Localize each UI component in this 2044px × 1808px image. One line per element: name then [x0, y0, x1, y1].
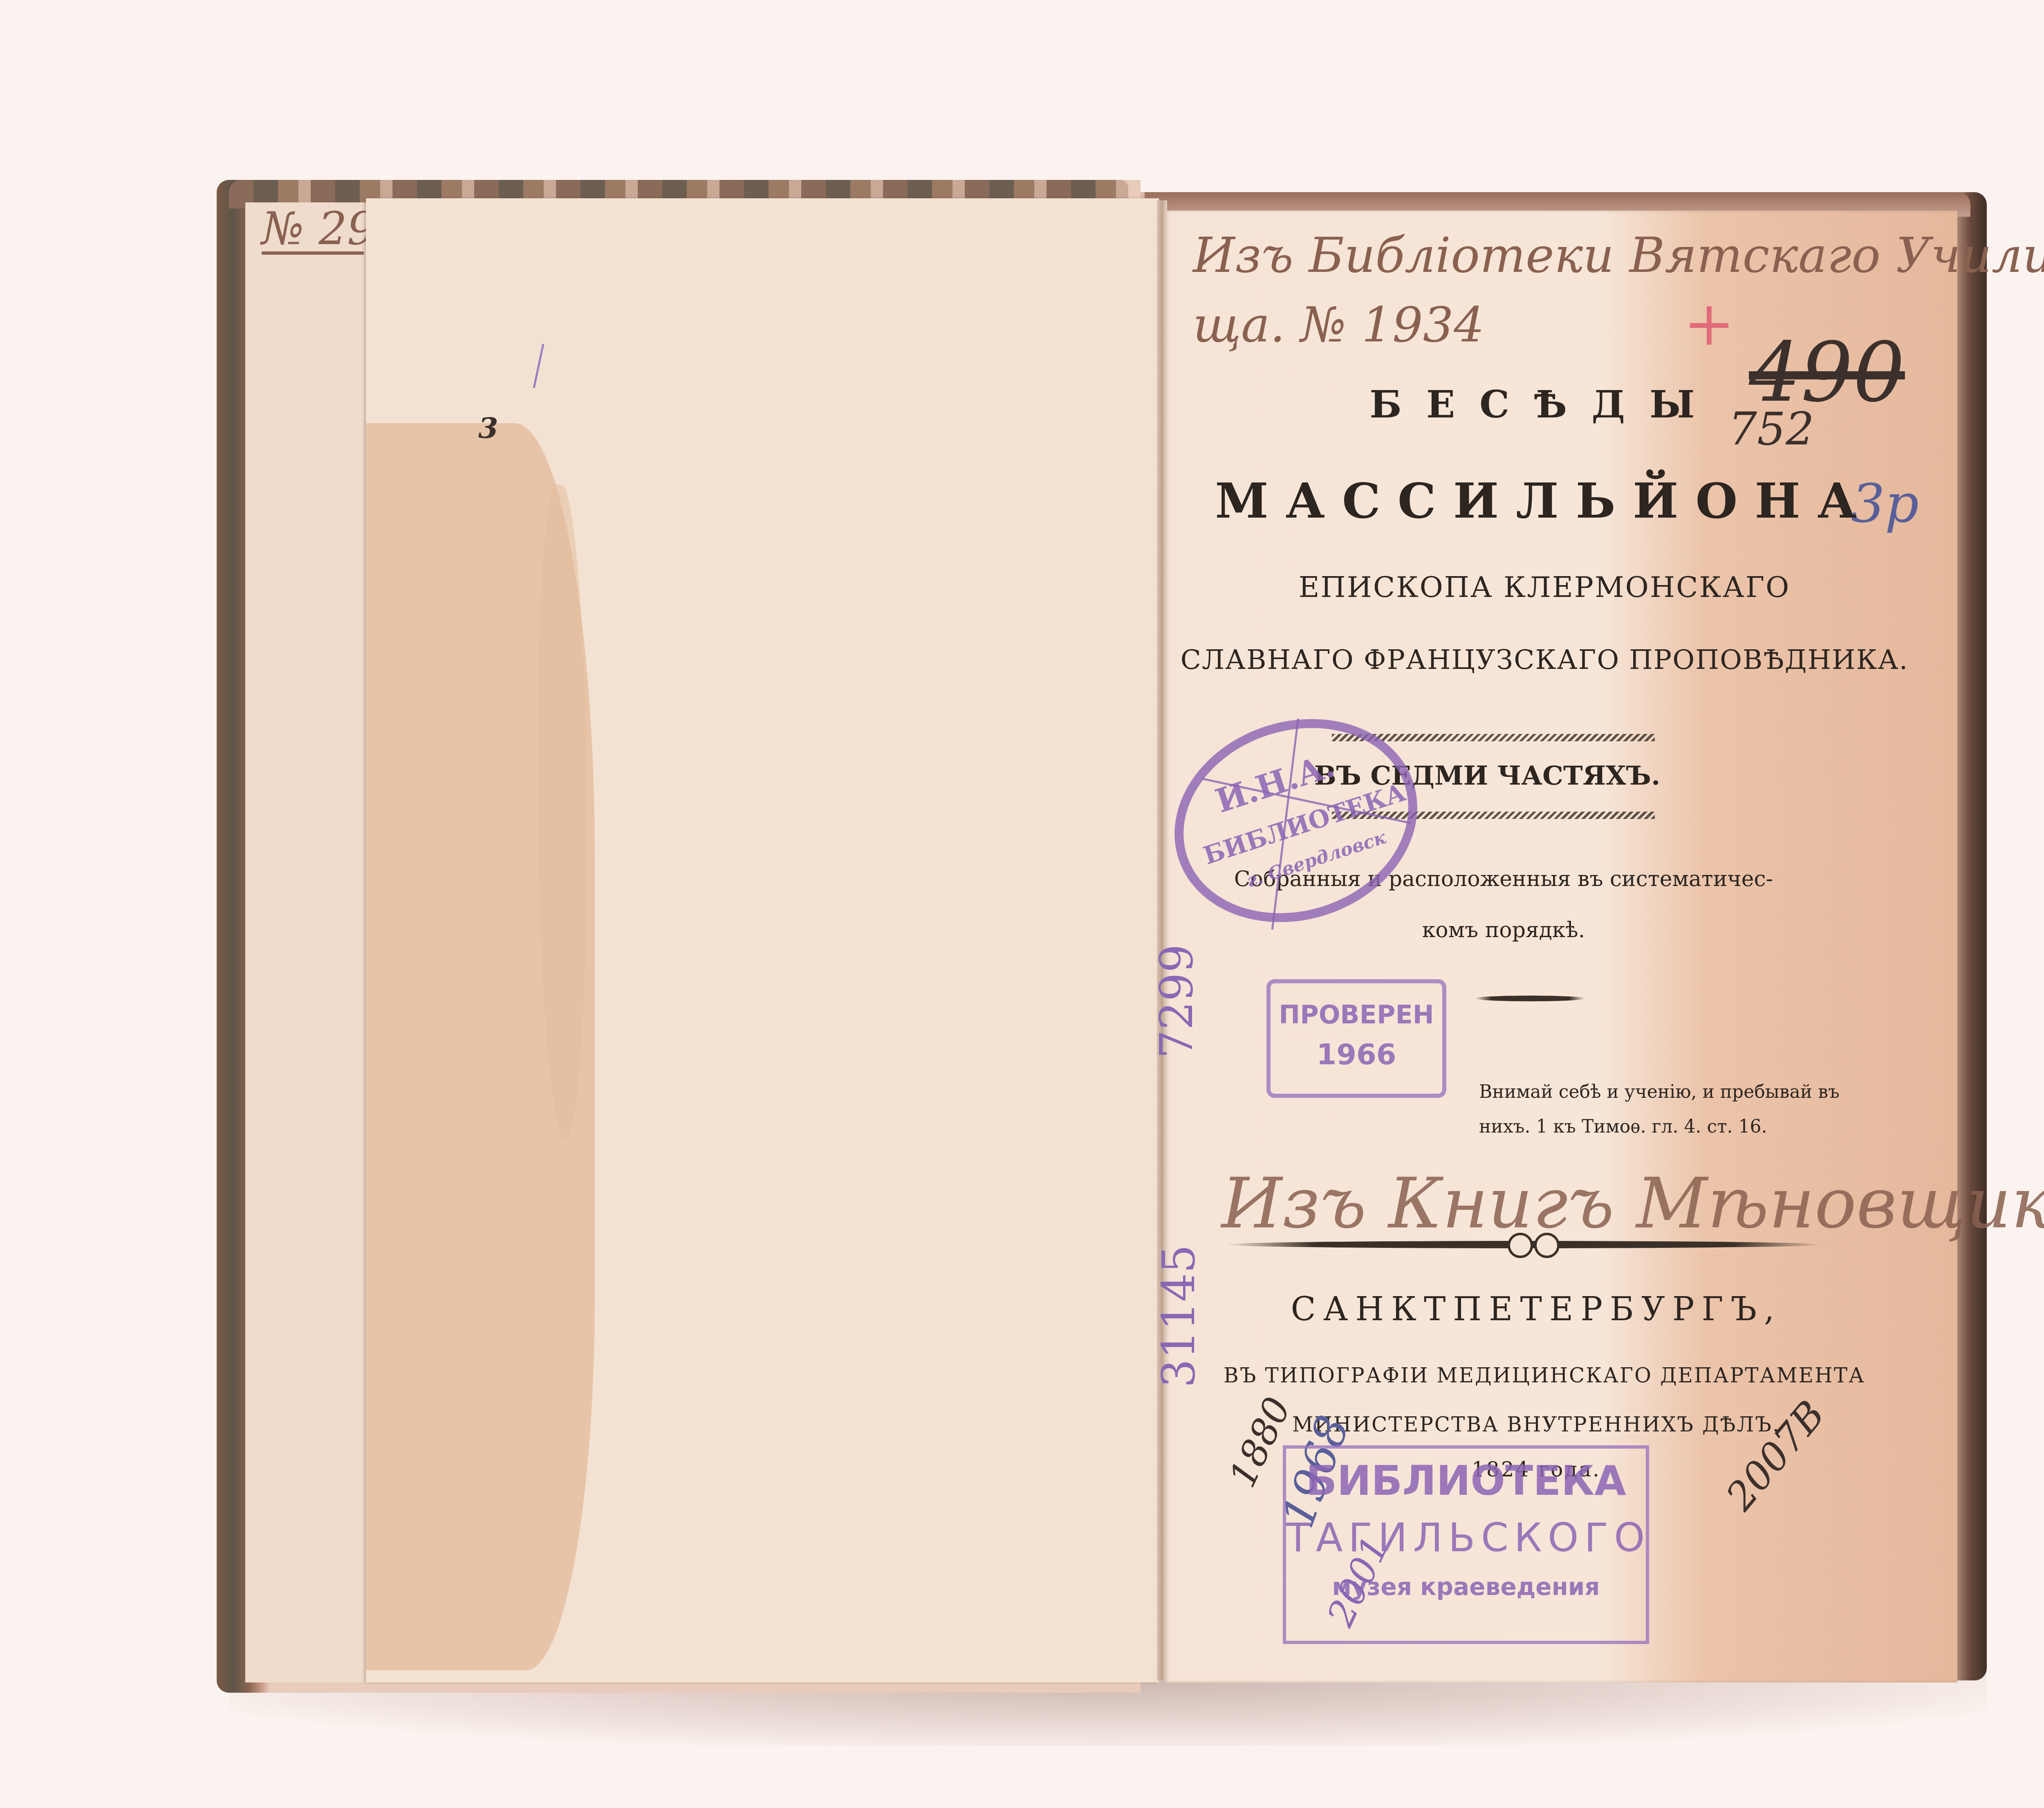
- imprint-city: САНКТПЕТЕРБУРГЪ,: [1140, 1290, 1933, 1328]
- inventory-number-vertical: 7299: [1150, 944, 1203, 1059]
- epigraph-line1: Внимай себѣ и ученію, и пребывай въ: [1479, 1081, 1847, 1102]
- ornament-ring: [1534, 1233, 1560, 1258]
- checked-stamp-line1: ПРОВЕРЕН: [1271, 1000, 1442, 1030]
- small-ornament-rule: [1475, 996, 1585, 1001]
- owner-signature: Изъ Книгъ Мѣновщикова: [1221, 1163, 2044, 1244]
- flyleaf-page: 3: [366, 198, 1159, 1682]
- red-cross-mark: +: [1683, 288, 1735, 359]
- museum-stamp-line2: ТАГИЛЬСКОГО: [1286, 1515, 1646, 1561]
- epigraph-line2: нихъ. 1 къ Тимоѳ. гл. 4. ст. 16.: [1479, 1116, 1847, 1137]
- provenance-inscription-line2: ща. № 1934: [1193, 296, 1484, 353]
- museum-stamp-line1: БИБЛИОТЕКА: [1286, 1457, 1646, 1505]
- number-2007: 2007В: [1718, 1392, 1834, 1519]
- pencil-mark: 3: [478, 411, 498, 445]
- book-title: БЕСѢДЫ: [1148, 382, 1941, 426]
- subtitle-bishop: ЕПИСКОПА КЛЕРМОНСКАГО: [1148, 570, 1941, 604]
- provenance-inscription-line1: Изъ Библіотеки Вятскаго Учили-: [1193, 227, 2044, 283]
- ornament-ring: [1508, 1233, 1533, 1258]
- oval-library-stamp: И.Н.А. БИБЛИОТЕКА г. Свердловск: [1148, 689, 1444, 953]
- shelfmark-underline: [262, 251, 364, 255]
- checked-stamp: ПРОВЕРЕН 1966: [1266, 979, 1446, 1098]
- subtitle-preacher: СЛАВНАГО ФРАНЦУЗСКАГО ПРОПОВѢДНИКА.: [1148, 644, 1941, 675]
- checked-stamp-line2: 1966: [1271, 1038, 1442, 1071]
- imprint-printer-line1: ВЪ ТИПОГРАФІИ МЕДИЦИНСКАГО ДЕПАРТАМЕНТА: [1148, 1364, 1941, 1387]
- ink-line: [533, 344, 545, 388]
- shelfmark: № 29: [262, 202, 376, 255]
- book-author: МАССИЛЬЙОНА: [1148, 472, 1941, 529]
- inventory-number-vertical: 31145: [1152, 1245, 1205, 1388]
- title-page: Изъ Библіотеки Вятскаго Учили- ща. № 193…: [1164, 211, 1957, 1682]
